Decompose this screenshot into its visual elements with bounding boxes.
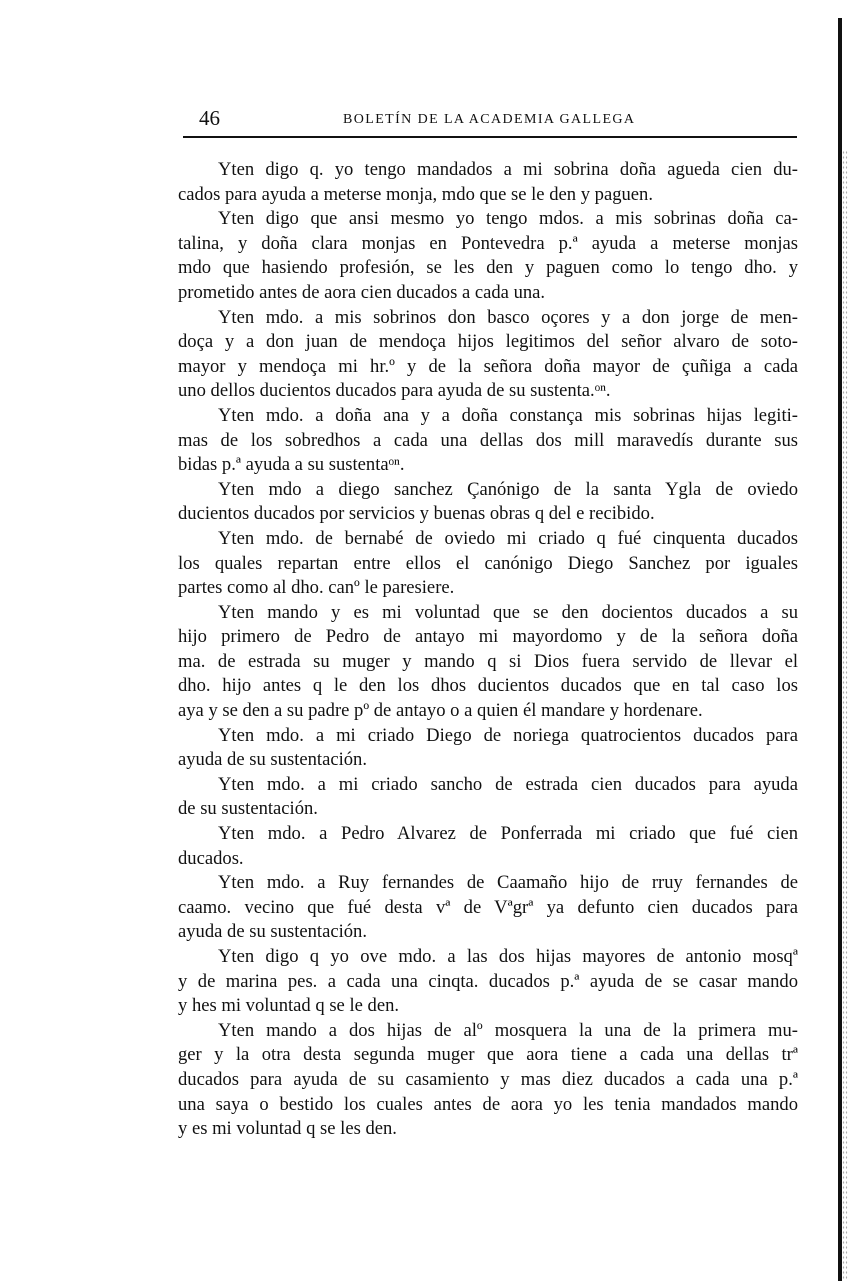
text-line: ducados para ayuda de su casamiento y ma… <box>178 1068 798 1093</box>
paragraph: Yten digo q yo ove mdo. a las dos hijas … <box>178 945 798 1019</box>
text-line: Yten mdo. a mi criado sancho de estrada … <box>178 773 798 798</box>
journal-title: Boletín de la Academia Gallega <box>343 112 635 128</box>
text-line: dho. hijo antes q le den los dhos ducien… <box>178 674 798 699</box>
text-line: Yten digo q. yo tengo mandados a mi sobr… <box>178 158 798 183</box>
text-line: ducados. <box>178 847 798 872</box>
text-line: ger y la otra desta segunda muger que ao… <box>178 1043 798 1068</box>
text-line: y hes mi voluntad q se le den. <box>178 994 798 1019</box>
text-line: mayor y mendoça mi hr.º y de la señora d… <box>178 355 798 380</box>
paragraph: Yten mdo. a Pedro Alvarez de Ponferrada … <box>178 822 798 871</box>
text-line: Yten mando a dos hijas de alº mosquera l… <box>178 1019 798 1044</box>
text-line: y de marina pes. a cada una cinqta. duca… <box>178 970 798 995</box>
paragraph: Yten mdo. a doña ana y a doña constança … <box>178 404 798 478</box>
text-line: mdo que hasiendo profesión, se les den y… <box>178 256 798 281</box>
text-line: Yten mdo. a mi criado Diego de noriega q… <box>178 724 798 749</box>
text-line: Yten mando y es mi voluntad que se den d… <box>178 601 798 626</box>
paragraph: Yten digo que ansi mesmo yo tengo mdos. … <box>178 207 798 305</box>
paragraph: Yten mdo. de bernabé de oviedo mi criado… <box>178 527 798 601</box>
paragraph: Yten mando a dos hijas de alº mosquera l… <box>178 1019 798 1142</box>
text-line: Yten mdo. de bernabé de oviedo mi criado… <box>178 527 798 552</box>
text-line: ma. de estrada su muger y mando q si Dio… <box>178 650 798 675</box>
text-line: mas de los sobredhos a cada una dellas d… <box>178 429 798 454</box>
text-line: doça y a don juan de mendoça hijos legit… <box>178 330 798 355</box>
paragraph: Yten mdo. a mi criado Diego de noriega q… <box>178 724 798 773</box>
paragraph: Yten mdo a diego sanchez Çanónigo de la … <box>178 478 798 527</box>
text-line: Yten mdo. a doña ana y a doña constança … <box>178 404 798 429</box>
paragraph: Yten mando y es mi voluntad que se den d… <box>178 601 798 724</box>
text-line: Yten digo que ansi mesmo yo tengo mdos. … <box>178 207 798 232</box>
text-line: Yten mdo. a Pedro Alvarez de Ponferrada … <box>178 822 798 847</box>
paragraph: Yten mdo. a mis sobrinos don basco oçore… <box>178 306 798 404</box>
text-line: y es mi voluntad q se les den. <box>178 1117 798 1142</box>
page-edge-scan-noise <box>842 150 848 1281</box>
text-line: uno dellos ducientos ducados para ayuda … <box>178 379 798 404</box>
text-line: una saya o bestido los cuales antes de a… <box>178 1093 798 1118</box>
paragraph: Yten digo q. yo tengo mandados a mi sobr… <box>178 158 798 207</box>
text-line: ayuda de su sustentación. <box>178 748 798 773</box>
text-line: aya y se den a su padre pº de antayo o a… <box>178 699 798 724</box>
text-line: Yten digo q yo ove mdo. a las dos hijas … <box>178 945 798 970</box>
text-line: Yten mdo. a Ruy fernandes de Caamaño hij… <box>178 871 798 896</box>
text-line: ducientos ducados por servicios y buenas… <box>178 502 798 527</box>
header-rule <box>183 136 797 138</box>
text-line: talina, y doña clara monjas en Pontevedr… <box>178 232 798 257</box>
text-line: bidas p.ª ayuda a su sustentaᵒⁿ. <box>178 453 798 478</box>
text-line: de su sustentación. <box>178 797 798 822</box>
text-line: Yten mdo. a mis sobrinos don basco oçore… <box>178 306 798 331</box>
text-line: ayuda de su sustentación. <box>178 920 798 945</box>
text-line: prometido antes de aora cien ducados a c… <box>178 281 798 306</box>
text-line: cados para ayuda a meterse monja, mdo qu… <box>178 183 798 208</box>
page-number: 46 <box>199 106 220 131</box>
text-line: Yten mdo a diego sanchez Çanónigo de la … <box>178 478 798 503</box>
text-line: partes como al dho. canº le paresiere. <box>178 576 798 601</box>
paragraph: Yten mdo. a Ruy fernandes de Caamaño hij… <box>178 871 798 945</box>
paragraph: Yten mdo. a mi criado sancho de estrada … <box>178 773 798 822</box>
running-head: 46 Boletín de la Academia Gallega <box>183 104 797 134</box>
text-line: caamo. vecino que fué desta vª de Vªgrª … <box>178 896 798 921</box>
text-line: hijo primero de Pedro de antayo mi mayor… <box>178 625 798 650</box>
text-line: los quales repartan entre ellos el canón… <box>178 552 798 577</box>
body-text: Yten digo q. yo tengo mandados a mi sobr… <box>178 158 798 1142</box>
